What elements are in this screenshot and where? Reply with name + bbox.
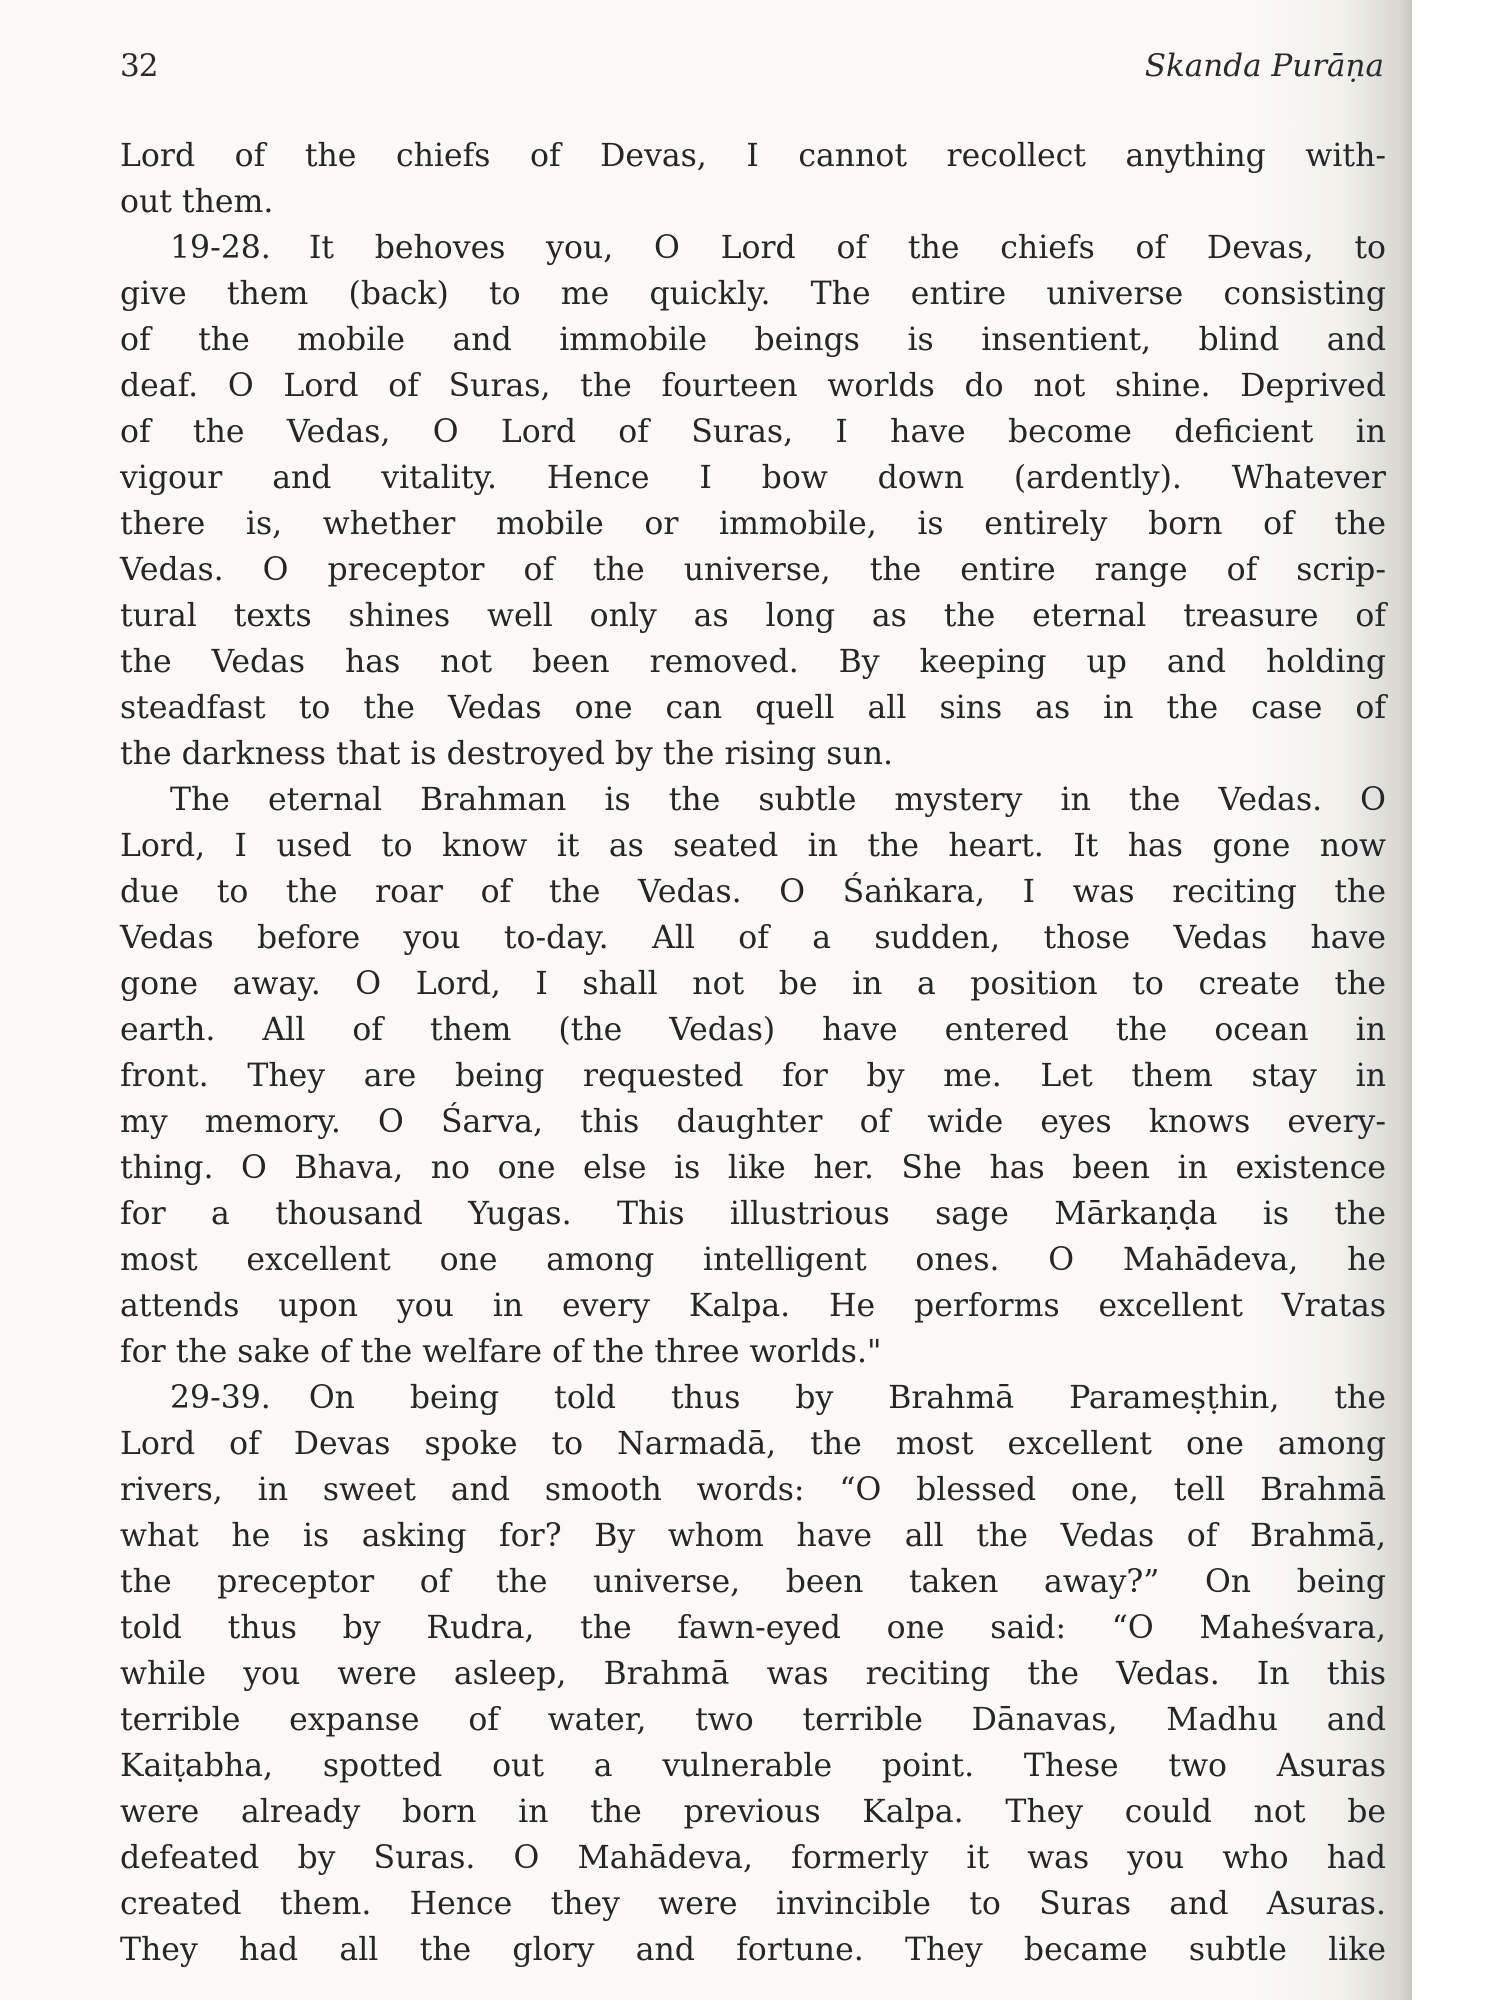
text-line: of the mobile and immobile beings is ins… — [120, 317, 1386, 363]
text-line: for a thousand Yugas. This illustrious s… — [120, 1191, 1386, 1237]
text-line: Vedas. O preceptor of the universe, the … — [120, 547, 1386, 593]
text-line: steadfast to the Vedas one can quell all… — [120, 685, 1386, 731]
text-line: They had all the glory and fortune. They… — [120, 1927, 1386, 1973]
text-line: told thus by Rudra, the fawn-eyed one sa… — [120, 1605, 1386, 1651]
text-line: were already born in the previous Kalpa.… — [120, 1789, 1386, 1835]
text-line: front. They are being requested for by m… — [120, 1053, 1386, 1099]
text-line: defeated by Suras. O Mahādeva, formerly … — [120, 1835, 1386, 1881]
text-line: give them (back) to me quickly. The enti… — [120, 271, 1386, 317]
text-line: my memory. O Śarva, this daughter of wid… — [120, 1099, 1386, 1145]
text-line: It behoves you, O Lord of the chiefs of … — [309, 230, 1386, 266]
text-line: Lord of the chiefs of Devas, I cannot re… — [120, 133, 1386, 179]
text-line: there is, whether mobile or immobile, is… — [120, 501, 1386, 547]
text-line: Vedas before you to-day. All of a sudden… — [120, 915, 1386, 961]
text-line: On being told thus by Brahmā Parameṣṭhin… — [309, 1380, 1386, 1416]
book-page: 32 Skanda Purāṇa Lord of the chiefs of D… — [0, 0, 1412, 2000]
text-line: terrible expanse of water, two terrible … — [120, 1697, 1386, 1743]
verse-number: 19-28. — [170, 230, 271, 266]
text-line: most excellent one among intelligent one… — [120, 1237, 1386, 1283]
verse-number: 29-39. — [170, 1380, 271, 1416]
verse-line: 29-39.On being told thus by Brahmā Param… — [120, 1375, 1386, 1421]
text-line: while you were asleep, Brahmā was reciti… — [120, 1651, 1386, 1697]
page-number: 32 — [120, 48, 157, 84]
text-line: The eternal Brahman is the subtle myster… — [120, 777, 1386, 823]
text-line: out them. — [120, 179, 1386, 225]
text-line: rivers, in sweet and smooth words: “O bl… — [120, 1467, 1386, 1513]
text-line: created them. Hence they were invincible… — [120, 1881, 1386, 1927]
text-line: gone away. O Lord, I shall not be in a p… — [120, 961, 1386, 1007]
body-text: Lord of the chiefs of Devas, I cannot re… — [120, 133, 1386, 1973]
text-line: tural texts shines well only as long as … — [120, 593, 1386, 639]
text-line: for the sake of the welfare of the three… — [120, 1329, 1386, 1375]
text-line: earth. All of them (the Vedas) have ente… — [120, 1007, 1386, 1053]
text-line: of the Vedas, O Lord of Suras, I have be… — [120, 409, 1386, 455]
text-line: the darkness that is destroyed by the ri… — [120, 731, 1386, 777]
verse-line: 19-28.It behoves you, O Lord of the chie… — [120, 225, 1386, 271]
text-line: deaf. O Lord of Suras, the fourteen worl… — [120, 363, 1386, 409]
text-line: Lord, I used to know it as seated in the… — [120, 823, 1386, 869]
text-line: vigour and vitality. Hence I bow down (a… — [120, 455, 1386, 501]
text-line: Kaiṭabha, spotted out a vulnerable point… — [120, 1743, 1386, 1789]
text-line: thing. O Bhava, no one else is like her.… — [120, 1145, 1386, 1191]
text-line: what he is asking for? By whom have all … — [120, 1513, 1386, 1559]
book-title: Skanda Purāṇa — [1145, 48, 1384, 84]
text-line: due to the roar of the Vedas. O Śaṅkara,… — [120, 869, 1386, 915]
text-line: Lord of Devas spoke to Narmadā, the most… — [120, 1421, 1386, 1467]
text-line: the Vedas has not been removed. By keepi… — [120, 639, 1386, 685]
text-line: attends upon you in every Kalpa. He perf… — [120, 1283, 1386, 1329]
text-line: the preceptor of the universe, been take… — [120, 1559, 1386, 1605]
running-head: 32 Skanda Purāṇa — [120, 48, 1384, 98]
